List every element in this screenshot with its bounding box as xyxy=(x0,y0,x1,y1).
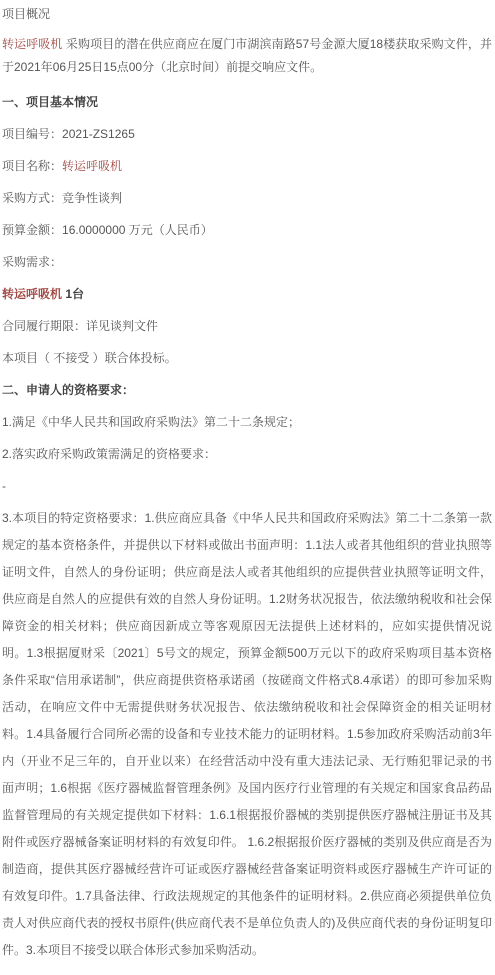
qualification-item-2-detail: - xyxy=(2,473,492,500)
project-number-value: 2021-ZS1265 xyxy=(62,127,135,141)
demand-item-line: 转运呼吸机 1台 xyxy=(2,281,492,308)
intro-text: 采购项目的潜在供应商应在厦门市湖滨南路57号金源大厦18楼获取采购文件，并于20… xyxy=(2,37,492,74)
section-basic-info-heading: 一、项目基本情况 xyxy=(2,89,492,116)
demand-label: 采购需求： xyxy=(2,255,62,269)
project-number-label: 项目编号： xyxy=(2,127,62,141)
section-qualification-heading: 二、申请人的资格要求： xyxy=(2,377,492,404)
qualification-item-3: 3.本项目的特定资格要求：1.供应商应具备《中华人民共和国政府采购法》第二十二条… xyxy=(2,505,492,964)
procurement-method-label: 采购方式： xyxy=(2,191,62,205)
page-title-text: 项目概况 xyxy=(2,7,50,21)
field-project-number: 项目编号：2021-ZS1265 xyxy=(2,121,492,148)
procurement-announcement-document: 项目概况 转运呼吸机 采购项目的潜在供应商应在厦门市湖滨南路57号金源大厦18楼… xyxy=(0,0,495,975)
field-demand: 采购需求： xyxy=(2,249,492,276)
page-title: 项目概况 xyxy=(2,1,492,28)
field-project-name: 项目名称：转运呼吸机 xyxy=(2,153,492,180)
contract-period-label: 合同履行期限： xyxy=(2,319,86,333)
contract-period-value: 详见谈判文件 xyxy=(86,319,158,333)
project-name-label: 项目名称： xyxy=(2,159,62,173)
budget-value: 16.0000000 万元（人民币） xyxy=(62,223,213,237)
project-keyword-highlight: 转运呼吸机 xyxy=(2,37,63,51)
field-contract-period: 合同履行期限：详见谈判文件 xyxy=(2,313,492,340)
intro-paragraph: 转运呼吸机 采购项目的潜在供应商应在厦门市湖滨南路57号金源大厦18楼获取采购文… xyxy=(2,33,492,79)
qualification-item-1: 1.满足《中华人民共和国政府采购法》第二十二条规定； xyxy=(2,409,492,436)
consortium-note: 本项目（ 不接受 ）联合体投标。 xyxy=(2,345,492,372)
qualification-item-2: 2.落实政府采购政策需满足的资格要求： xyxy=(2,441,492,468)
demand-item-quantity: 1台 xyxy=(62,287,84,301)
field-budget: 预算金额：16.0000000 万元（人民币） xyxy=(2,217,492,244)
field-procurement-method: 采购方式：竞争性谈判 xyxy=(2,185,492,212)
procurement-method-value: 竞争性谈判 xyxy=(62,191,122,205)
project-name-value: 转运呼吸机 xyxy=(62,159,122,173)
demand-item-keyword: 转运呼吸机 xyxy=(2,287,62,301)
budget-label: 预算金额： xyxy=(2,223,62,237)
